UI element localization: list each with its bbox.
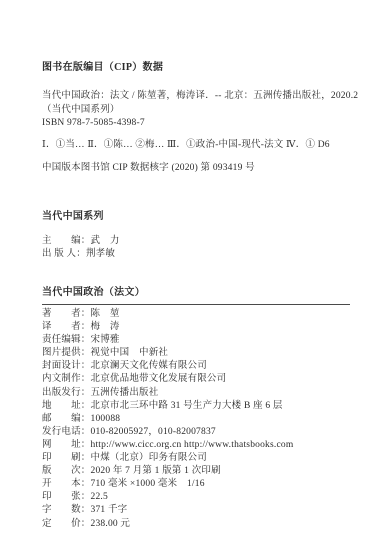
field-label: 内文制作： [42, 373, 91, 386]
field-value: 武 力 [91, 236, 120, 246]
cip-classification-line: Ⅰ．①当… Ⅱ．①陈… ②梅… Ⅲ．①政治-中国-现代-法文 Ⅳ．① D6 [42, 139, 350, 153]
cip-heading: 图书在版编目（CIP）数据 [42, 62, 350, 74]
field-label: 封面设计： [42, 360, 91, 373]
colophon-row-sheets: 印 张：22.5 [42, 491, 350, 504]
colophon-row-author: 著 者：陈 堃 [42, 308, 350, 321]
field-label: 地 址： [42, 400, 91, 413]
field-value: http://www.cicc.org.cn http://www.thatsb… [91, 439, 294, 452]
cip-series-note-line: （当代中国系列） [42, 104, 350, 118]
field-label: 图片提供： [42, 347, 91, 360]
cip-data-block: 图书在版编目（CIP）数据 当代中国政治：法文 / 陈堃著，梅涛译．-- 北京：… [42, 62, 350, 176]
field-value: 梅 涛 [91, 321, 120, 334]
colophon-row-phone: 发行电话：010-82005927，010-82007837 [42, 426, 350, 439]
colophon-row-layout: 内文制作：北京优品地带文化发展有限公司 [42, 373, 350, 386]
field-label: 字 数： [42, 504, 91, 517]
colophon-rows: 著 者：陈 堃 译 者：梅 涛 责任编辑：宋博雅 图片提供：视觉中国 中新社 封… [42, 308, 350, 531]
field-label: 责任编辑： [42, 334, 91, 347]
colophon-row-printer: 印 刷：中煤（北京）印务有限公司 [42, 452, 350, 465]
colophon-row-editor: 责任编辑：宋博雅 [42, 334, 350, 347]
field-value: 中煤（北京）印务有限公司 [91, 452, 207, 465]
field-value: 100088 [91, 413, 121, 426]
field-value: 宋博雅 [91, 334, 120, 347]
field-label: 定 价： [42, 518, 91, 531]
field-value: 371 千字 [91, 504, 128, 517]
colophon-block: 当代中国政治（法文） 著 者：陈 堃 译 者：梅 涛 责任编辑：宋博雅 图片提供… [42, 287, 350, 531]
field-label: 网 址： [42, 439, 91, 452]
field-value: 22.5 [91, 491, 108, 504]
field-label: 印 刷： [42, 452, 91, 465]
field-value: 五洲传播出版社 [91, 387, 159, 400]
field-value: 010-82005927，010-82007837 [91, 426, 216, 439]
cip-isbn-line: ISBN 978-7-5085-4398-7 [42, 117, 350, 131]
field-label: 著 者： [42, 308, 91, 321]
copyright-page: 图书在版编目（CIP）数据 当代中国政治：法文 / 陈堃著，梅涛译．-- 北京：… [0, 0, 375, 557]
series-block: 当代中国系列 主 编：武 力 出 版 人：荆孝敏 [42, 211, 350, 261]
field-label: 译 者： [42, 321, 91, 334]
colophon-row-translator: 译 者：梅 涛 [42, 321, 350, 334]
cip-record-line: 当代中国政治：法文 / 陈堃著，梅涛译．-- 北京：五洲传播出版社，2020.2 [42, 90, 350, 104]
field-label: 主 编： [42, 236, 91, 246]
colophon-row-address: 地 址：北京市北三环中路 31 号生产力大楼 B 座 6 层 [42, 400, 350, 413]
series-rows: 主 编：武 力 出 版 人：荆孝敏 [42, 235, 350, 261]
field-label: 出版发行： [42, 387, 91, 400]
field-label: 出 版 人： [42, 249, 86, 259]
series-row-publisher-person: 出 版 人：荆孝敏 [42, 248, 350, 261]
field-value: 陈 堃 [91, 308, 120, 321]
field-value: 视觉中国 中新社 [91, 347, 169, 360]
field-value: 2020 年 7 月第 1 版第 1 次印刷 [91, 465, 221, 478]
book-title-heading: 当代中国政治（法文） [42, 287, 350, 305]
series-row-chief-editor: 主 编：武 力 [42, 235, 350, 248]
field-label: 邮 编： [42, 413, 91, 426]
field-value: 北京市北三环中路 31 号生产力大楼 B 座 6 层 [91, 400, 283, 413]
colophon-row-edition: 版 次：2020 年 7 月第 1 版第 1 次印刷 [42, 465, 350, 478]
cip-registry-line: 中国版本图书馆 CIP 数据核字 (2020) 第 093419 号 [42, 162, 350, 176]
field-value: 238.00 元 [91, 518, 131, 531]
colophon-row-word-count: 字 数：371 千字 [42, 504, 350, 517]
series-heading: 当代中国系列 [42, 211, 350, 223]
field-label: 版 次： [42, 465, 91, 478]
field-value: 荆孝敏 [86, 249, 115, 259]
field-label: 发行电话： [42, 426, 91, 439]
colophon-row-publisher: 出版发行：五洲传播出版社 [42, 387, 350, 400]
field-value: 北京优品地带文化发展有限公司 [91, 373, 227, 386]
field-value: 北京澜天文化传媒有限公司 [91, 360, 207, 373]
field-label: 印 张： [42, 491, 91, 504]
colophon-row-cover-design: 封面设计：北京澜天文化传媒有限公司 [42, 360, 350, 373]
colophon-row-image-credit: 图片提供：视觉中国 中新社 [42, 347, 350, 360]
colophon-row-postcode: 邮 编：100088 [42, 413, 350, 426]
colophon-row-price: 定 价：238.00 元 [42, 518, 350, 531]
field-label: 开 本： [42, 478, 91, 491]
colophon-row-website: 网 址：http://www.cicc.org.cn http://www.th… [42, 439, 350, 452]
field-value: 710 毫米 ×1000 毫米 1/16 [91, 478, 205, 491]
colophon-row-format: 开 本：710 毫米 ×1000 毫米 1/16 [42, 478, 350, 491]
